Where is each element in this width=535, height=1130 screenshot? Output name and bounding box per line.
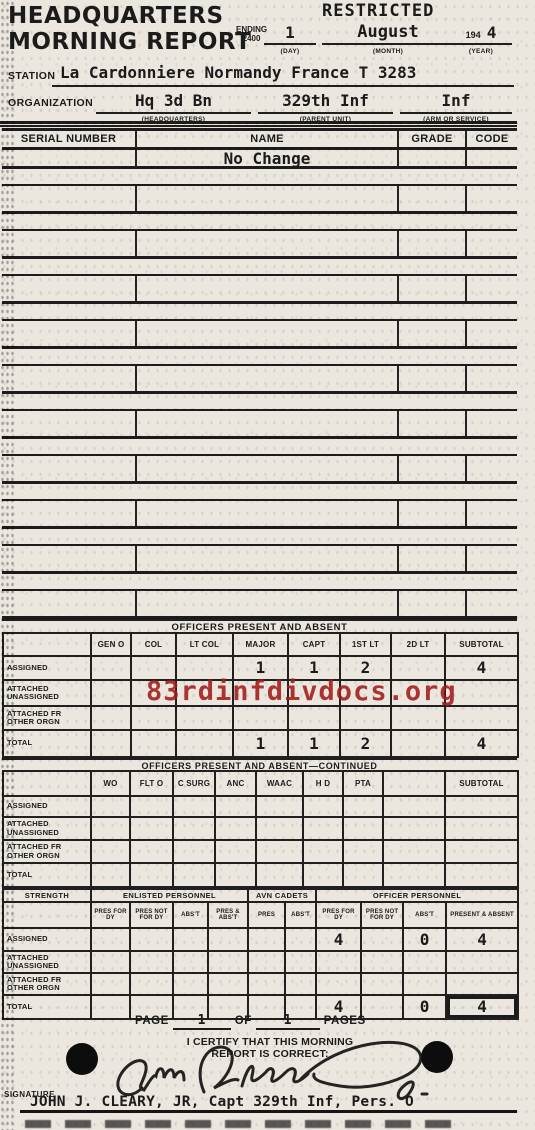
roster-empty-row <box>2 501 517 529</box>
cell <box>91 656 131 680</box>
officers-continued-table: WO FLT O C SURG ANC WAAC H D PTA SUBTOTA… <box>2 770 519 888</box>
strength-group-headers: STRENGTH ENLISTED PERSONNEL AVN CADETS O… <box>3 889 518 902</box>
cell <box>135 321 397 346</box>
cell <box>208 951 248 973</box>
cell <box>176 730 233 757</box>
roster-col-serial: SERIAL NUMBER <box>2 133 135 145</box>
cell <box>256 840 303 863</box>
total-pages: 1 <box>256 1014 320 1030</box>
cell <box>403 973 446 995</box>
cell: 1 <box>233 730 288 757</box>
cell <box>445 817 518 840</box>
organization-arm: Inf <box>400 91 512 114</box>
cell <box>135 411 397 436</box>
cell <box>215 863 256 887</box>
row-gap-strip <box>2 304 517 321</box>
table-row: ATTACHED FR OTHER ORGN <box>3 973 518 995</box>
cell <box>465 591 517 616</box>
cell <box>173 796 215 817</box>
col-en-abst: ABS'T <box>173 902 208 928</box>
corner-cell <box>3 771 91 796</box>
cell <box>465 501 517 526</box>
continued-column-headers: WO FLT O C SURG ANC WAAC H D PTA SUBTOTA… <box>3 771 518 796</box>
cell <box>208 973 248 995</box>
cell <box>2 276 135 301</box>
cell <box>248 973 285 995</box>
organization-parent-unit: 329th Inf <box>258 91 393 114</box>
cell <box>446 973 518 995</box>
col-c-surg: C SURG <box>173 771 215 796</box>
cell <box>446 951 518 973</box>
cell <box>91 995 130 1019</box>
row-label: ASSIGNED <box>3 656 91 680</box>
cell <box>397 231 465 256</box>
table-row: TOTAL <box>3 863 518 887</box>
cell <box>397 456 465 481</box>
col-capt: CAPT <box>288 633 340 656</box>
organization-unit: Hq 3d Bn <box>96 91 251 114</box>
cell <box>397 186 465 211</box>
col-pta: PTA <box>343 771 383 796</box>
cutoff-text-smudge <box>25 1120 455 1128</box>
table-row: ATTACHED FR OTHER ORGN <box>3 706 518 730</box>
cell <box>397 591 465 616</box>
col-off-pres-not-for-dy: PRES NOT FOR DY <box>361 902 403 928</box>
cell <box>303 840 343 863</box>
cell <box>383 863 445 887</box>
roster-header-row: SERIAL NUMBER NAME GRADE CODE <box>2 128 517 150</box>
cell <box>91 817 130 840</box>
cell <box>397 150 465 168</box>
col-gen-o: GEN O <box>91 633 131 656</box>
group-avn-cadets: AVN CADETS <box>248 889 316 902</box>
col-off-pres-for-dy: PRES FOR DY <box>316 902 361 928</box>
form-title: HEADQUARTERS MORNING REPORT <box>8 3 251 55</box>
cell <box>465 186 517 211</box>
cell <box>465 366 517 391</box>
cell <box>2 546 135 571</box>
cell <box>361 995 403 1019</box>
row-gap-strip <box>2 349 517 366</box>
day-field: 1 <box>264 24 316 45</box>
cell <box>173 973 208 995</box>
cell <box>91 973 130 995</box>
cell: 4 <box>316 928 361 951</box>
form-header: HEADQUARTERS MORNING REPORT RESTRICTED E… <box>0 0 535 128</box>
cell <box>316 951 361 973</box>
roster-empty-row <box>2 321 517 349</box>
col-1st-lt: 1ST LT <box>340 633 391 656</box>
no-change-entry: No Change <box>135 150 397 168</box>
roster-empty-row <box>2 276 517 304</box>
row-label: ATTACHED UNASSIGNED <box>3 680 91 706</box>
cell <box>343 840 383 863</box>
year-prefix: 194 <box>466 30 481 40</box>
col-col: COL <box>131 633 176 656</box>
cell <box>465 231 517 256</box>
cell <box>248 928 285 951</box>
cell <box>248 951 285 973</box>
pages-label: PAGES <box>324 1015 366 1027</box>
cell <box>343 796 383 817</box>
cell <box>285 973 316 995</box>
cell <box>316 973 361 995</box>
roster-empty-row <box>2 456 517 484</box>
col-avn-pres: PRES <box>248 902 285 928</box>
form-title-line2: MORNING REPORT <box>8 29 251 55</box>
punch-hole-right <box>421 1041 453 1073</box>
cell <box>173 928 208 951</box>
cell <box>361 951 403 973</box>
cell <box>215 817 256 840</box>
website-watermark: 83rdinfdivdocs.org <box>146 678 457 706</box>
form-title-line1: HEADQUARTERS <box>8 3 251 29</box>
punch-hole-left <box>66 1043 98 1075</box>
cell <box>208 928 248 951</box>
cell <box>173 840 215 863</box>
row-gap-strip <box>2 394 517 411</box>
cell <box>2 231 135 256</box>
col-lt-col: LT COL <box>176 633 233 656</box>
cell: 1 <box>288 730 340 757</box>
cell <box>288 706 340 730</box>
group-enlisted-personnel: ENLISTED PERSONNEL <box>91 889 248 902</box>
strength-table: STRENGTH ENLISTED PERSONNEL AVN CADETS O… <box>2 888 519 1020</box>
cell <box>130 840 173 863</box>
roster-col-name: NAME <box>135 131 397 147</box>
cell <box>91 730 131 757</box>
cell <box>135 591 397 616</box>
row-gap-strip <box>2 169 517 186</box>
col-2d-lt: 2D LT <box>391 633 445 656</box>
roster-col-grade: GRADE <box>397 131 465 147</box>
month-sublabel: (MONTH) <box>322 48 454 55</box>
cell: 2 <box>340 730 391 757</box>
divider-rule <box>0 121 517 127</box>
officers-continued-section-title: OFFICERS PRESENT AND ABSENT—CONTINUED <box>2 758 517 770</box>
col-en-pres-abst: PRES & ABS'T <box>208 902 248 928</box>
col-flt-o: FLT O <box>130 771 173 796</box>
cell <box>285 951 316 973</box>
row-gap-strip <box>2 574 517 591</box>
cell <box>2 456 135 481</box>
col-major: MAJOR <box>233 633 288 656</box>
cell <box>91 928 130 951</box>
row-label: ATTACHED UNASSIGNED <box>3 817 91 840</box>
cell <box>303 796 343 817</box>
row-label: TOTAL <box>3 730 91 757</box>
year-field: 194 4 <box>450 24 512 45</box>
cell <box>465 150 517 168</box>
cell: 0 <box>403 995 446 1019</box>
col-off-abst: ABS'T <box>403 902 446 928</box>
cell <box>445 863 518 887</box>
cell <box>285 928 316 951</box>
roster-entry-row: No Change <box>2 150 517 169</box>
cell <box>2 321 135 346</box>
cell <box>343 863 383 887</box>
cell: 4 <box>445 730 518 757</box>
cell <box>135 186 397 211</box>
of-label: OF <box>235 1015 252 1027</box>
cell <box>130 817 173 840</box>
col-waac: WAAC <box>256 771 303 796</box>
cell <box>130 951 173 973</box>
cell <box>256 796 303 817</box>
cell <box>2 501 135 526</box>
cell <box>135 501 397 526</box>
cell: 0 <box>403 928 446 951</box>
row-gap-strip <box>2 529 517 546</box>
cell <box>91 863 130 887</box>
cell <box>135 366 397 391</box>
ending-2400-label: ENDING 2400 <box>236 25 267 43</box>
cell <box>135 456 397 481</box>
roster-empty-rows <box>2 169 517 619</box>
handwritten-signature <box>100 1030 440 1108</box>
organization-label: ORGANIZATION <box>8 97 93 109</box>
cell <box>465 411 517 436</box>
cell <box>130 973 173 995</box>
cell <box>383 817 445 840</box>
morning-report-scan: HEADQUARTERS MORNING REPORT RESTRICTED E… <box>0 0 535 1130</box>
cell <box>91 680 131 706</box>
row-label: ASSIGNED <box>3 796 91 817</box>
row-label: ATTACHED FR OTHER ORGN <box>3 973 91 995</box>
station-label: STATION <box>8 70 55 82</box>
cell <box>91 951 130 973</box>
form-body: SERIAL NUMBER NAME GRADE CODE No Change … <box>2 128 517 1020</box>
year-value: 4 <box>487 24 497 42</box>
group-officer-personnel: OFFICER PERSONNEL <box>316 889 518 902</box>
col-subtotal: SUBTOTAL <box>445 771 518 796</box>
cell <box>91 840 130 863</box>
cell <box>91 706 131 730</box>
row-label: ASSIGNED <box>3 928 91 951</box>
row-label: ATTACHED FR OTHER ORGN <box>3 706 91 730</box>
cell <box>176 706 233 730</box>
cell <box>445 796 518 817</box>
station-value: La Cardonniere Normandy France T 3283 <box>52 62 514 87</box>
restricted-stamp: RESTRICTED <box>322 2 434 20</box>
cell <box>397 411 465 436</box>
cell: 4 <box>446 928 518 951</box>
table-row: ASSIGNED404 <box>3 928 518 951</box>
year-sublabel: (YEAR) <box>450 48 512 55</box>
cell <box>465 321 517 346</box>
cell <box>361 973 403 995</box>
day-sublabel: (DAY) <box>264 48 316 55</box>
cell <box>445 706 518 730</box>
cell <box>91 796 130 817</box>
row-label: TOTAL <box>3 863 91 887</box>
cell <box>445 840 518 863</box>
roster-empty-row <box>2 546 517 574</box>
cell <box>2 411 135 436</box>
cell <box>135 546 397 571</box>
row-gap-strip <box>2 439 517 456</box>
month-field: August <box>322 23 454 45</box>
cell <box>303 817 343 840</box>
table-row: ATTACHED FR OTHER ORGN <box>3 840 518 863</box>
strength-title: STRENGTH <box>3 889 91 902</box>
cell <box>397 366 465 391</box>
cell <box>131 706 176 730</box>
cell <box>173 951 208 973</box>
page-number: 1 <box>173 1014 231 1030</box>
cell <box>173 863 215 887</box>
corner-cell <box>3 902 91 928</box>
cell <box>215 796 256 817</box>
page-count-line: PAGE 1 OF 1 PAGES <box>135 1014 366 1030</box>
cell <box>383 796 445 817</box>
cell <box>303 863 343 887</box>
cell <box>130 928 173 951</box>
col-anc: ANC <box>215 771 256 796</box>
cell <box>2 591 135 616</box>
cell <box>383 840 445 863</box>
col-wo: WO <box>91 771 130 796</box>
cell <box>391 706 445 730</box>
cell <box>403 951 446 973</box>
cell <box>465 276 517 301</box>
cell <box>130 796 173 817</box>
page-label: PAGE <box>135 1015 169 1027</box>
cell <box>135 231 397 256</box>
cell <box>397 321 465 346</box>
cell <box>256 817 303 840</box>
cell <box>135 276 397 301</box>
col-en-pres-not-for-dy: PRES NOT FOR DY <box>130 902 173 928</box>
cell <box>233 706 288 730</box>
col-subtotal: SUBTOTAL <box>445 633 518 656</box>
cell <box>397 546 465 571</box>
col-off-present-absent: PRESENT & ABSENT <box>446 902 518 928</box>
row-gap-strip <box>2 259 517 276</box>
cell: 4 <box>446 995 518 1019</box>
roster-col-code: CODE <box>465 131 517 147</box>
cell <box>2 186 135 211</box>
cell <box>340 706 391 730</box>
table-row: TOTAL1124 <box>3 730 518 757</box>
roster-empty-row <box>2 186 517 214</box>
cell <box>343 817 383 840</box>
strength-column-headers: PRES FOR DY PRES NOT FOR DY ABS'T PRES &… <box>3 902 518 928</box>
cell <box>465 546 517 571</box>
cell <box>2 366 135 391</box>
officers-column-headers: GEN O COL LT COL MAJOR CAPT 1ST LT 2D LT… <box>3 633 518 656</box>
roster-empty-row <box>2 366 517 394</box>
table-row: ASSIGNED <box>3 796 518 817</box>
cell <box>397 276 465 301</box>
row-label: ATTACHED UNASSIGNED <box>3 951 91 973</box>
cell <box>361 928 403 951</box>
roster-empty-row <box>2 411 517 439</box>
col-avn-abst: ABS'T <box>285 902 316 928</box>
row-gap-strip <box>2 214 517 231</box>
row-label: ATTACHED FR OTHER ORGN <box>3 840 91 863</box>
corner-cell <box>3 633 91 656</box>
cell <box>130 863 173 887</box>
roster-empty-row <box>2 591 517 619</box>
officers-section-title: OFFICERS PRESENT AND ABSENT <box>2 619 517 632</box>
cell <box>465 456 517 481</box>
col-blank <box>383 771 445 796</box>
col-h-d: H D <box>303 771 343 796</box>
table-row: ATTACHED UNASSIGNED <box>3 817 518 840</box>
row-gap-strip <box>2 484 517 501</box>
cell <box>391 730 445 757</box>
cell <box>173 817 215 840</box>
col-en-pres-for-dy: PRES FOR DY <box>91 902 130 928</box>
roster-empty-row <box>2 231 517 259</box>
cell <box>256 863 303 887</box>
cell <box>215 840 256 863</box>
table-row: ATTACHED UNASSIGNED <box>3 951 518 973</box>
cell <box>397 501 465 526</box>
cell <box>131 730 176 757</box>
row-label: TOTAL <box>3 995 91 1019</box>
